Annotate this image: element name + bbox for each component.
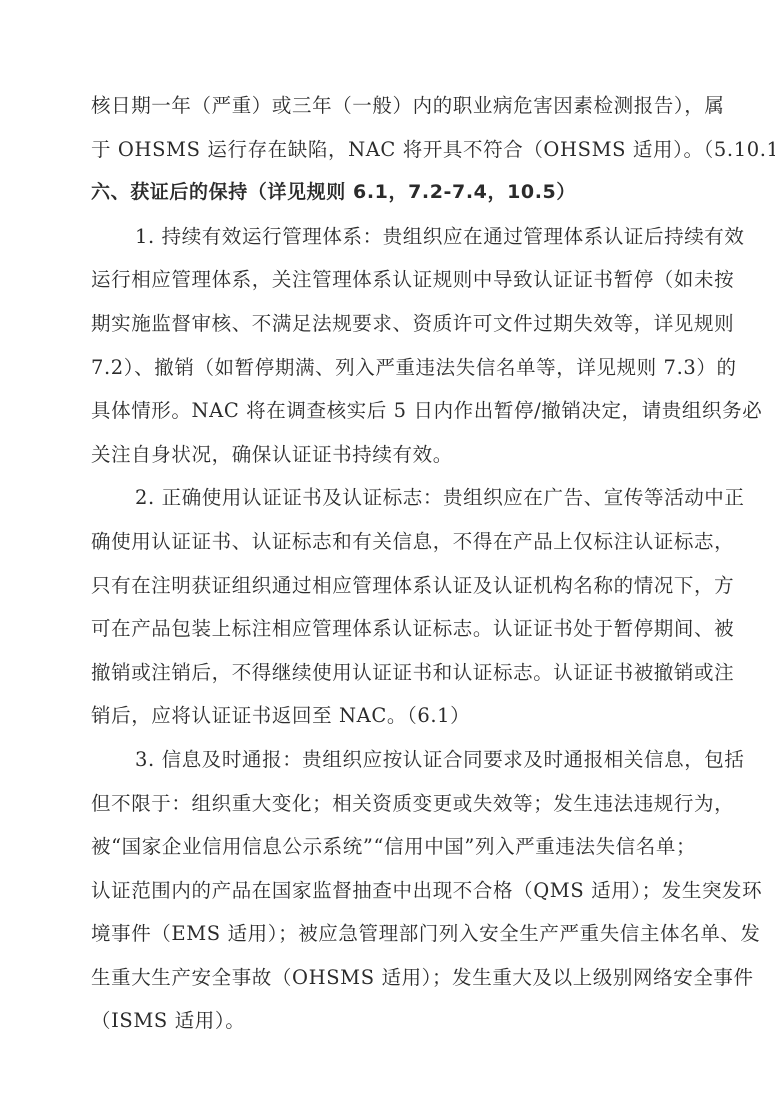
paragraph-line: （ISMS 适用）。 (91, 999, 676, 1043)
paragraph-line: 1. 持续有效运行管理体系：贵组织应在通过管理体系认证后持续有效 (91, 215, 676, 259)
paragraph-line: 运行相应管理体系，关注管理体系认证规则中导致认证证书暂停（如未按 (91, 258, 676, 302)
paragraph-line: 核日期一年（严重）或三年（一般）内的职业病危害因素检测报告），属 (91, 84, 676, 128)
paragraph-line: 2. 正确使用认证证书及认证标志：贵组织应在广告、宣传等活动中正 (91, 476, 676, 520)
list-item-1: 1. 持续有效运行管理体系：贵组织应在通过管理体系认证后持续有效 运行相应管理体… (91, 215, 676, 477)
paragraph-line: 认证范围内的产品在国家监督抽查中出现不合格（QMS 适用）；发生突发环 (91, 869, 676, 913)
section-heading: 六、获证后的保持（详见规则 6.1，7.2-7.4，10.5） (91, 171, 676, 215)
paragraph-line: 但不限于：组织重大变化；相关资质变更或失效等；发生违法违规行为， (91, 782, 676, 826)
paragraph-line: 7.2）、撤销（如暂停期满、列入严重违法失信名单等，详见规则 7.3）的 (91, 346, 676, 390)
paragraph-line: 撤销或注销后，不得继续使用认证证书和认证标志。认证证书被撤销或注 (91, 651, 676, 695)
paragraph-line: 可在产品包装上标注相应管理体系认证标志。认证证书处于暂停期间、被 (91, 607, 676, 651)
paragraph-line: 境事件（EMS 适用）；被应急管理部门列入安全生产严重失信主体名单、发 (91, 912, 676, 956)
paragraph-line: 期实施监督审核、不满足法规要求、资质许可文件过期失效等，详见规则 (91, 302, 676, 346)
paragraph-line: 关注自身状况，确保认证证书持续有效。 (91, 433, 676, 477)
list-item-3: 3. 信息及时通报：贵组织应按认证合同要求及时通报相关信息，包括 但不限于：组织… (91, 738, 676, 1043)
paragraph-line: 销后，应将认证证书返回至 NAC。（6.1） (91, 694, 676, 738)
list-item-2: 2. 正确使用认证证书及认证标志：贵组织应在广告、宣传等活动中正 确使用认证证书… (91, 476, 676, 738)
paragraph-line: 确使用认证证书、认证标志和有关信息，不得在产品上仅标注认证标志， (91, 520, 676, 564)
paragraph-line: 只有在注明获证组织通过相应管理体系认证及认证机构名称的情况下，方 (91, 564, 676, 608)
paragraph-line: 生重大生产安全事故（OHSMS 适用）；发生重大及以上级别网络安全事件 (91, 956, 676, 1000)
paragraph-line: 被“国家企业信用信息公示系统”“信用中国”列入严重违法失信名单； (91, 825, 676, 869)
paragraph-line: 具体情形。NAC 将在调查核实后 5 日内作出暂停/撤销决定，请贵组织务必 (91, 389, 676, 433)
document-page: 核日期一年（严重）或三年（一般）内的职业病危害因素检测报告），属 于 OHSMS… (91, 84, 676, 1043)
paragraph-line: 3. 信息及时通报：贵组织应按认证合同要求及时通报相关信息，包括 (91, 738, 676, 782)
paragraph-line: 于 OHSMS 运行存在缺陷，NAC 将开具不符合（OHSMS 适用）。（5.1… (91, 128, 676, 172)
